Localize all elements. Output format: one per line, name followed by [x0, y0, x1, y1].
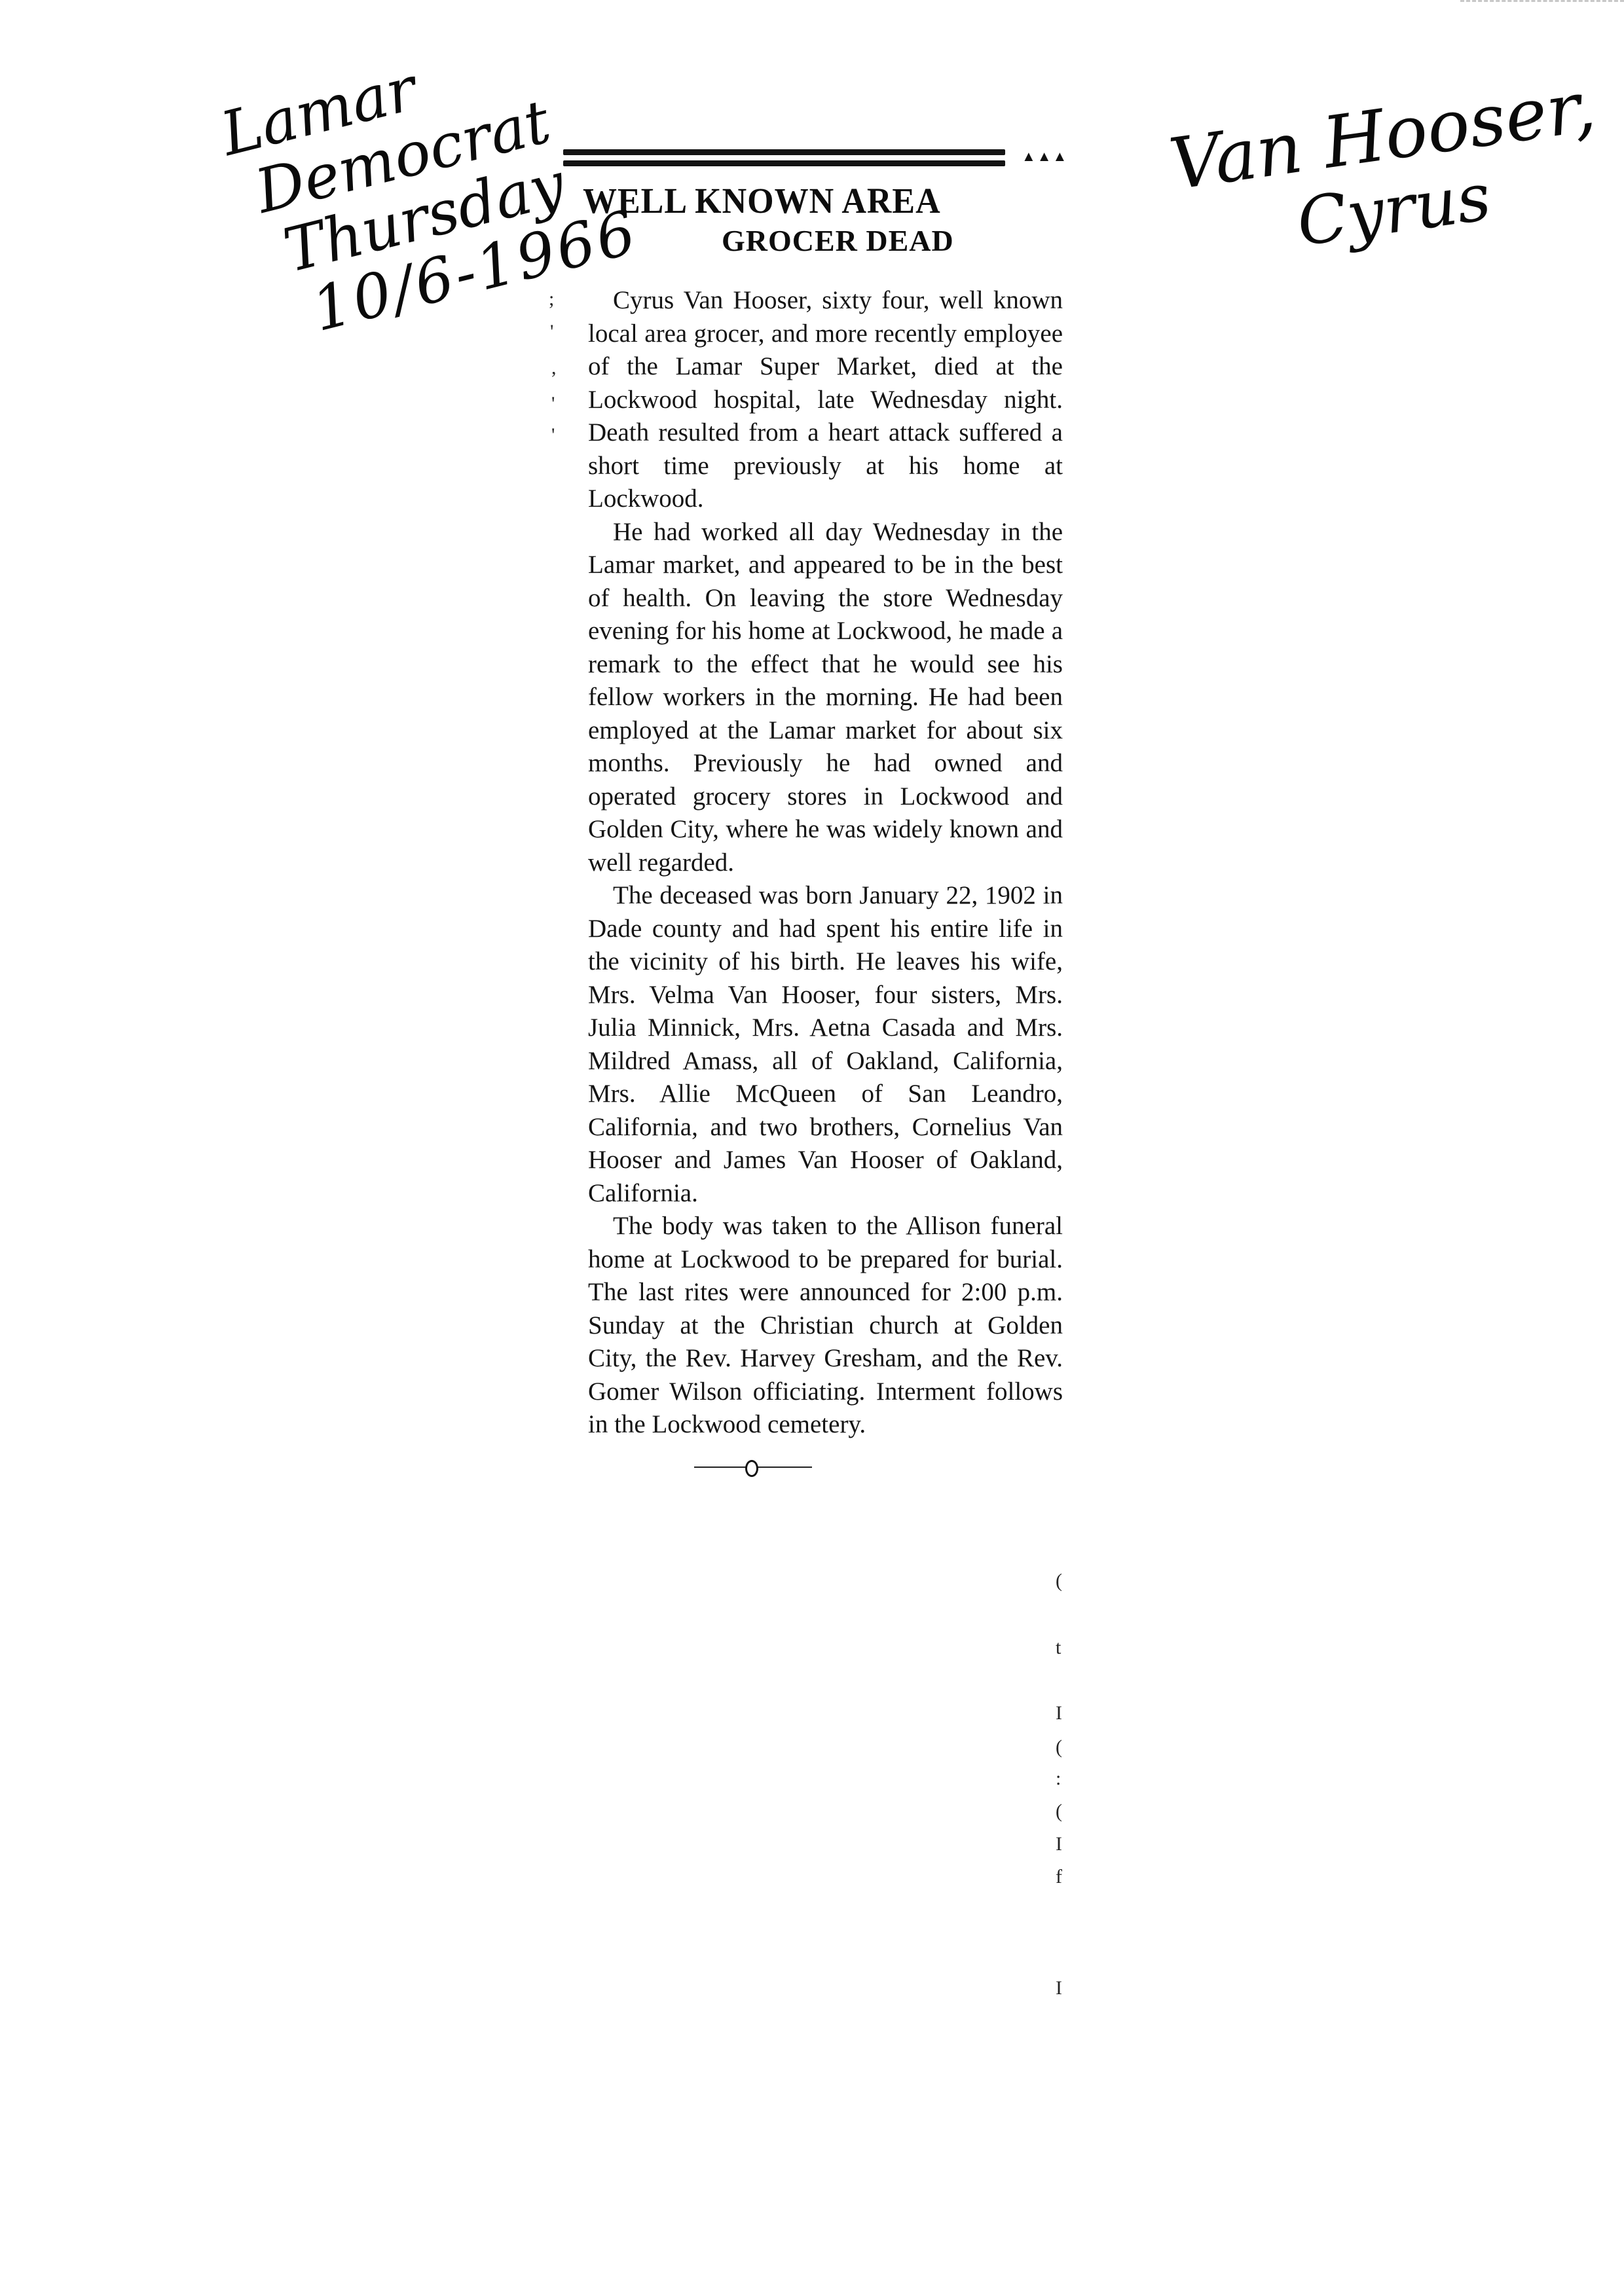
stray-mark: t	[1056, 1637, 1061, 1659]
rule-line	[563, 149, 1005, 155]
headline-line-2: GROCER DEAD	[722, 223, 1061, 258]
stray-mark: (	[1056, 1570, 1062, 1592]
headline-line-1: WELL KNOWN AREA	[583, 181, 1061, 222]
stray-mark: (	[1056, 1736, 1062, 1758]
ornament-circle-icon	[745, 1460, 758, 1477]
article-paragraph: The body was taken to the Allison funera…	[588, 1210, 1063, 1442]
stray-mark: (	[1056, 1800, 1062, 1823]
stray-mark: '	[550, 321, 553, 343]
stray-mark: '	[551, 393, 555, 415]
stray-mark: :	[1056, 1768, 1061, 1790]
scanned-page: Lamar Democrat Thursday 10/6-1966 Van Ho…	[0, 0, 1624, 2296]
adjacent-column-fragment: ▲▲▲	[1022, 148, 1068, 165]
article-paragraph: He had worked all day Wednesday in the L…	[588, 516, 1063, 880]
end-of-article-ornament	[694, 1460, 812, 1473]
stray-mark: I	[1056, 1702, 1062, 1724]
rule-line	[563, 160, 1005, 166]
article-headline: WELL KNOWN AREA GROCER DEAD	[563, 182, 1061, 258]
article-paragraph: The deceased was born January 22, 1902 i…	[588, 879, 1063, 1210]
article-body: Cyrus Van Hooser, sixty four, well known…	[588, 284, 1063, 1442]
stray-mark: ;	[549, 288, 554, 310]
stray-mark: I	[1056, 1977, 1062, 1999]
double-rule-divider: ▲▲▲	[563, 144, 1061, 170]
newspaper-clipping: ▲▲▲ WELL KNOWN AREA GROCER DEAD Cyrus Va…	[563, 144, 1061, 1473]
stray-mark: I	[1056, 1833, 1062, 1855]
article-paragraph: Cyrus Van Hooser, sixty four, well known…	[588, 284, 1063, 516]
scanner-artifact	[1460, 0, 1624, 5]
stray-mark: f	[1056, 1866, 1062, 1888]
stray-mark: ,	[551, 357, 557, 379]
handwritten-subject-name: Van Hooser, Cyrus	[1166, 71, 1610, 272]
stray-mark: '	[551, 424, 555, 446]
